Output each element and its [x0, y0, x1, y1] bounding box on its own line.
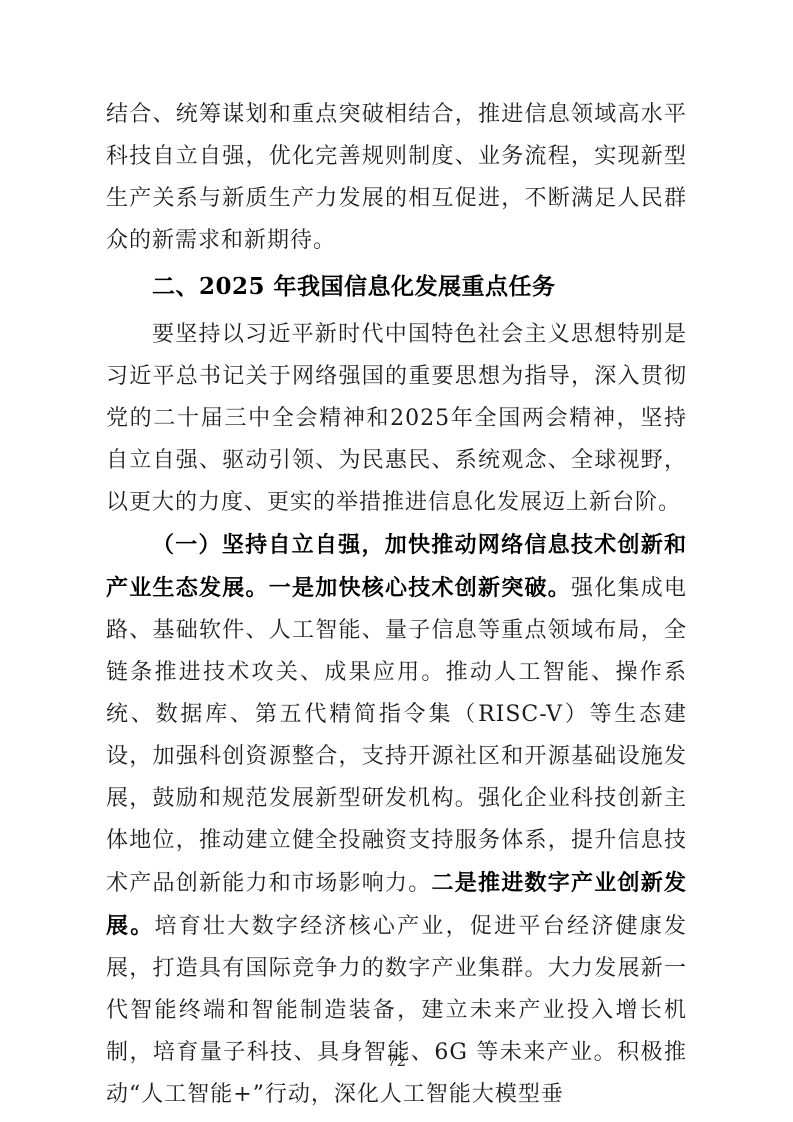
- text-run: 要坚持以习近平新时代中国特色社会主义思想特别是习近平总书记关于网络强国的重要思想…: [106, 322, 687, 515]
- bold-text-run: 二、2025 年我国信息化发展重点任务: [152, 273, 556, 300]
- text-run: 强化集成电路、基础软件、人工智能、量子信息等重点领域布局，全链条推进技术攻关、成…: [106, 576, 687, 896]
- text-run: 培育壮大数字经济核心产业，促进平台经济健康发展，打造具有国际竞争力的数字产业集群…: [106, 914, 687, 1107]
- paragraph: （一）坚持自立自强，加快推动网络信息技术创新和产业生态发展。一是加快核心技术创新…: [106, 524, 687, 1116]
- document-page: 结合、统筹谋划和重点突破相结合，推进信息领域高水平科技自立自强，优化完善规则制度…: [0, 0, 793, 1122]
- document-body: 结合、统筹谋划和重点突破相结合，推进信息领域高水平科技自立自强，优化完善规则制度…: [106, 94, 687, 1116]
- paragraph: 结合、统筹谋划和重点突破相结合，推进信息领域高水平科技自立自强，优化完善规则制度…: [106, 94, 687, 262]
- text-run: 结合、统筹谋划和重点突破相结合，推进信息领域高水平科技自立自强，优化完善规则制度…: [106, 102, 687, 253]
- page-number: 72: [0, 1052, 793, 1070]
- section-heading: 二、2025 年我国信息化发展重点任务: [106, 266, 687, 308]
- paragraph: 要坚持以习近平新时代中国特色社会主义思想特别是习近平总书记关于网络强国的重要思想…: [106, 314, 687, 524]
